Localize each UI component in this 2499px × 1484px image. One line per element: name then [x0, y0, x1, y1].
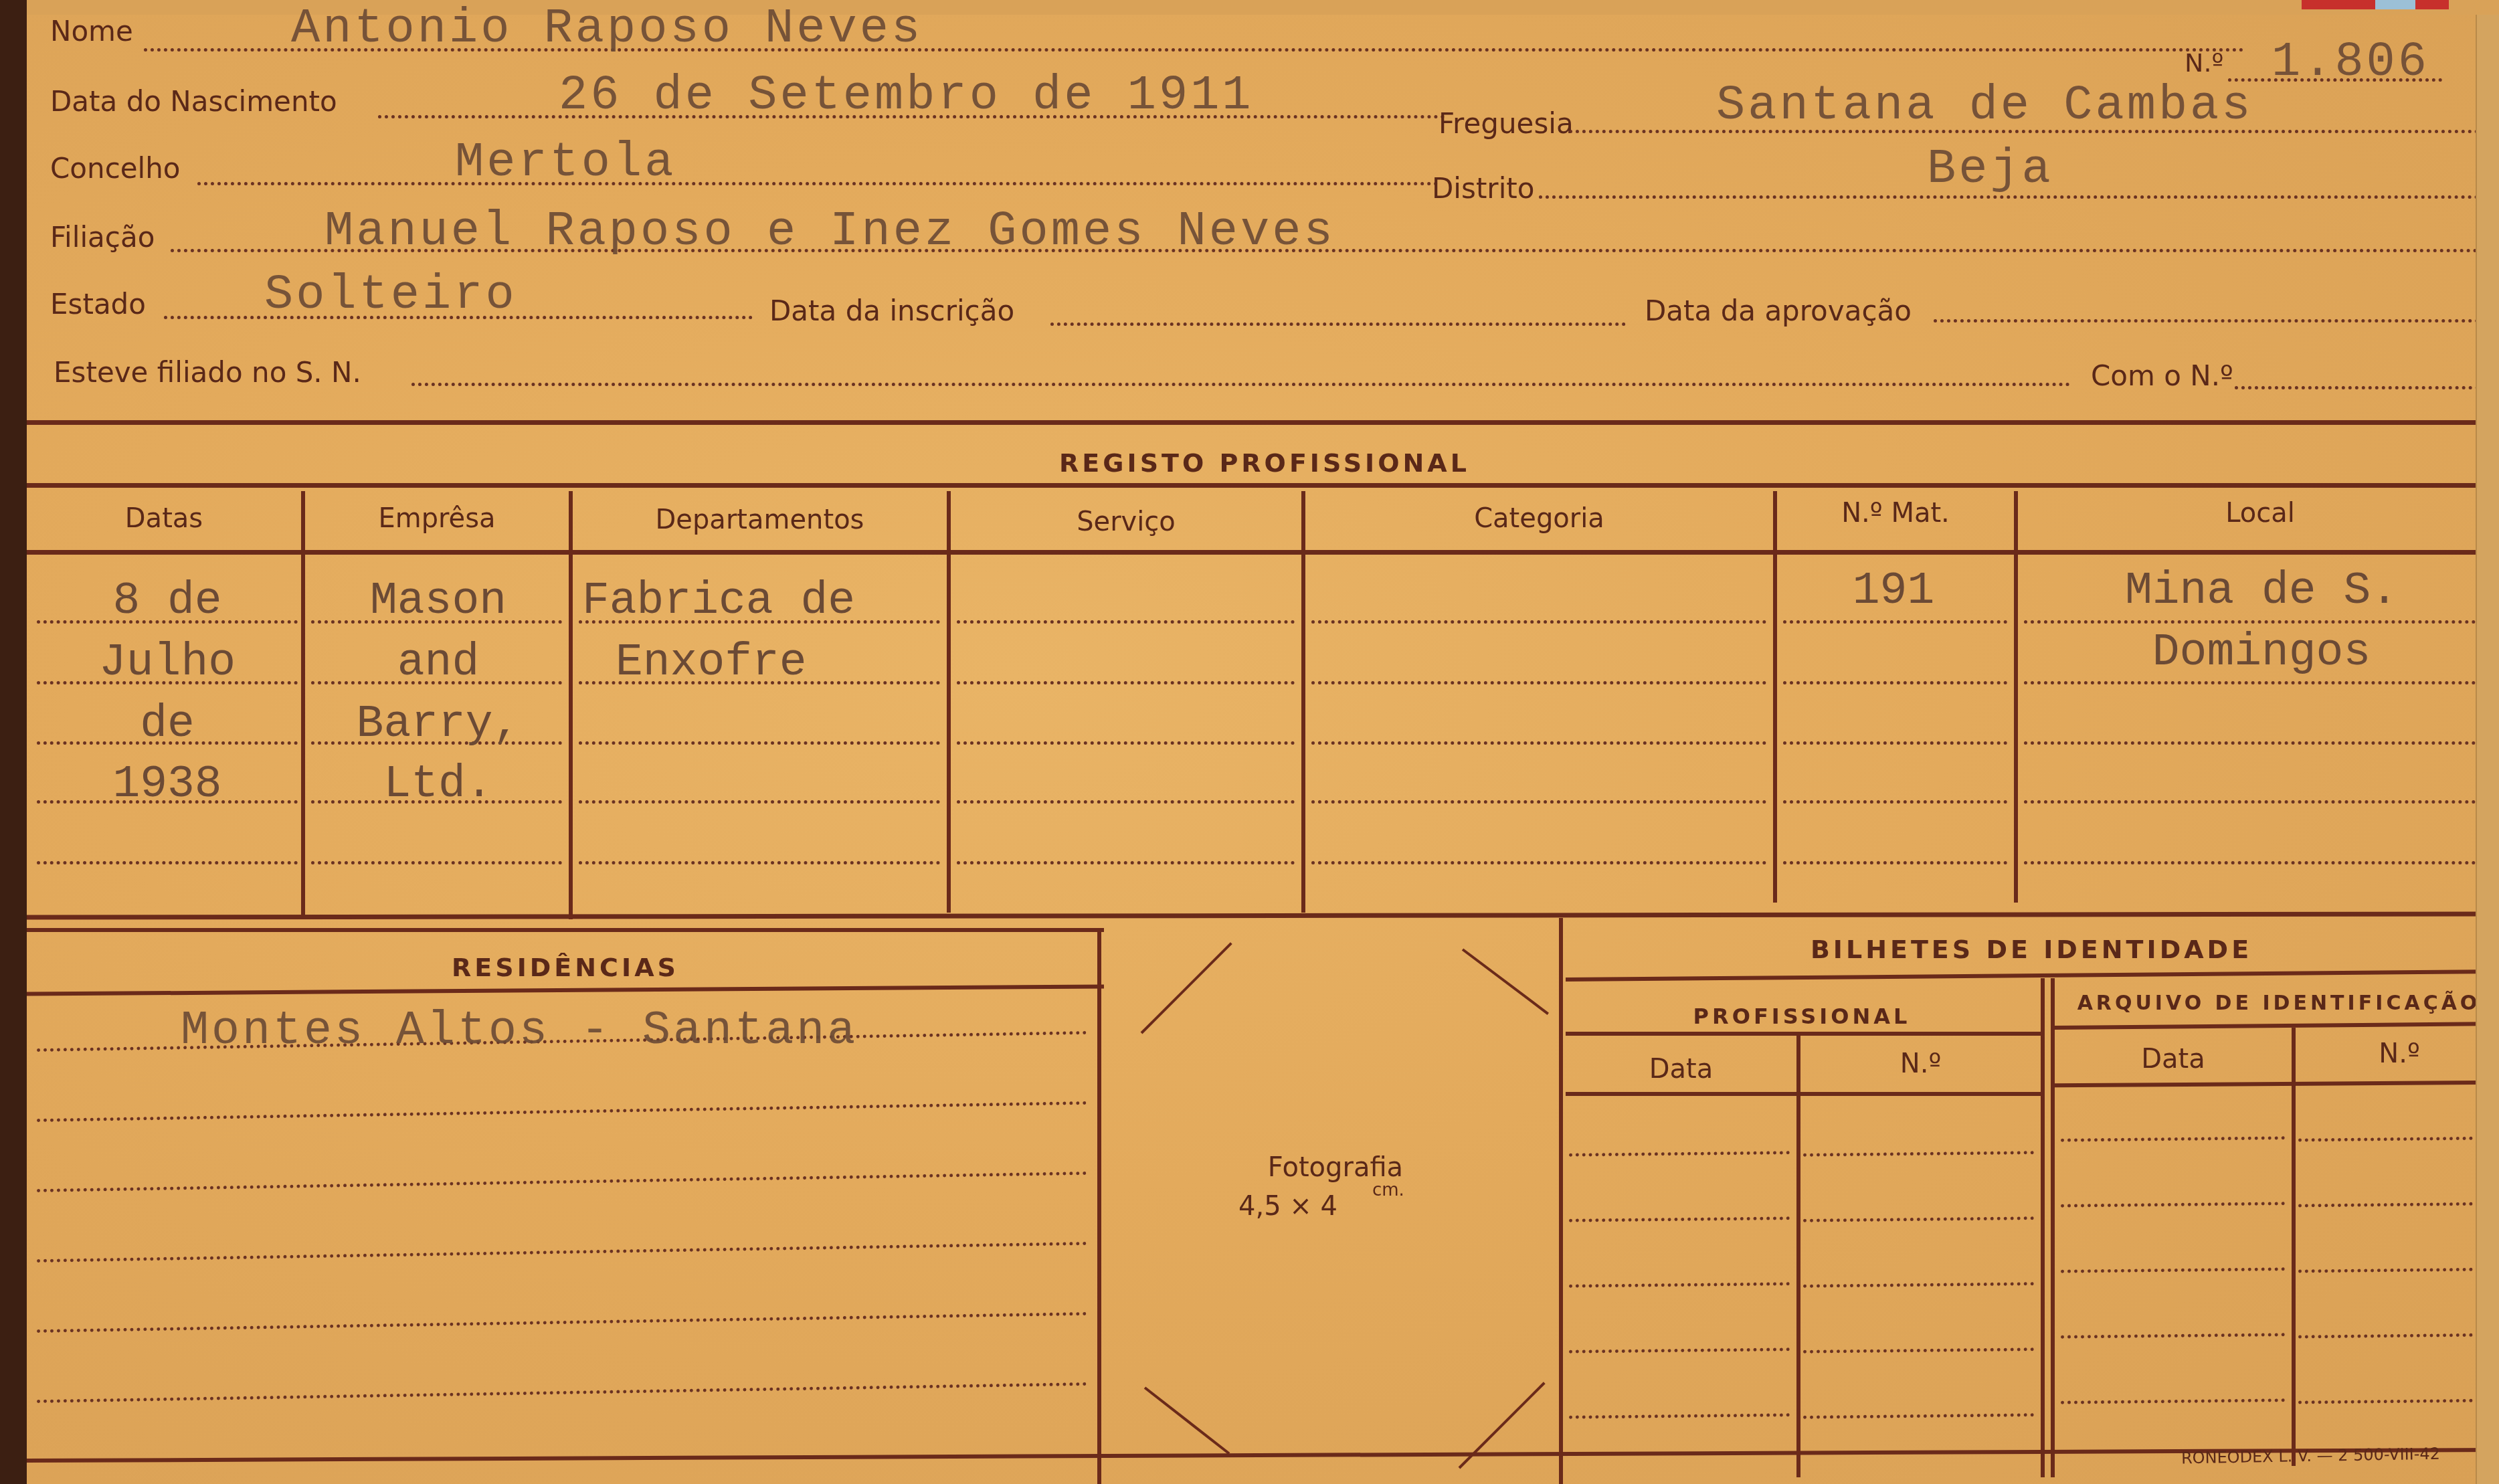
- card-stack-edge: [2476, 15, 2499, 1484]
- photo-corner-tl: [1141, 942, 1232, 1034]
- bilhete-line: [1569, 1348, 1790, 1353]
- col-departamentos: Departamentos: [573, 504, 947, 535]
- bilhete-line: [2061, 1398, 2285, 1404]
- photo-unit: cm.: [1372, 1180, 1404, 1200]
- card-binder-edge: [0, 0, 27, 1484]
- bilhete-line: [1803, 1413, 2034, 1419]
- table-cell[interactable]: 191: [1780, 565, 2007, 617]
- filiacao-label: Filiação: [50, 221, 155, 254]
- table-cell[interactable]: Fabrica de: [582, 575, 943, 627]
- row-line: [2024, 741, 2496, 745]
- numero-value[interactable]: 1.806: [2272, 35, 2429, 90]
- bilhete-line: [1803, 1151, 2034, 1157]
- table-cell[interactable]: Ltd.: [308, 759, 569, 810]
- table-cell[interactable]: and: [308, 637, 569, 688]
- table-cell[interactable]: de: [33, 699, 301, 750]
- table-cell[interactable]: Julho: [33, 637, 301, 688]
- row-line: [2024, 620, 2496, 624]
- residencia-line: [37, 1382, 1087, 1403]
- data-nascimento-label: Data do Nascimento: [50, 85, 337, 118]
- concelho-label: Concelho: [50, 152, 181, 185]
- col-servico: Serviço: [951, 506, 1301, 537]
- bilhete-line: [1569, 1216, 1790, 1222]
- distrito-value[interactable]: Beja: [1927, 142, 2053, 197]
- row-line: [37, 861, 298, 864]
- table-cell[interactable]: Barry,: [308, 699, 569, 750]
- estado-label: Estado: [50, 288, 146, 320]
- bilhete-line: [2298, 1398, 2499, 1404]
- row-line: [1783, 620, 2007, 624]
- row-line: [1783, 800, 2007, 804]
- data-aprovacao-label: Data da aprovação: [1645, 294, 1912, 327]
- nome-value[interactable]: Antonio Raposo Neves: [291, 1, 923, 56]
- row-line: [957, 800, 1295, 804]
- row-line: [579, 861, 940, 864]
- bilhete-line: [1803, 1348, 2034, 1354]
- numero-label: N.º: [2185, 48, 2223, 78]
- photo-box[interactable]: Fotografia 4,5 × 4 cm.: [1101, 931, 1570, 1484]
- row-line: [1311, 620, 1766, 624]
- table-cell[interactable]: 1938: [33, 759, 301, 810]
- profissional-title: PROFISSIONAL: [1563, 1004, 2041, 1029]
- filiado-sn-label: Esteve filiado no S. N.: [54, 356, 361, 389]
- distrito-label: Distrito: [1432, 172, 1534, 205]
- row-line: [1311, 800, 1766, 804]
- bilhete-line: [2298, 1333, 2499, 1338]
- row-line: [957, 741, 1295, 745]
- residencias-title: RESIDÊNCIAS: [27, 953, 1104, 982]
- printer-imprint: RONEODEX L. V. — 2 500-VIII-42: [2181, 1445, 2440, 1468]
- registration-card: Nome Antonio Raposo Neves N.º 1.806 Data…: [27, 15, 2496, 1484]
- data-inscricao-label: Data da inscrição: [769, 294, 1014, 327]
- row-line: [2024, 681, 2496, 684]
- bilhete-line: [2061, 1333, 2285, 1339]
- row-line: [1783, 741, 2007, 745]
- residencia-line: [37, 1312, 1087, 1333]
- photo-corner-tr: [1462, 948, 1549, 1014]
- estado-value[interactable]: Solteiro: [264, 268, 517, 322]
- photo-size: 4,5 × 4: [1238, 1191, 1337, 1222]
- row-line: [957, 620, 1295, 624]
- table-cell[interactable]: Domingos: [2021, 627, 2499, 678]
- bilhetes-title: BILHETES DE IDENTIDADE: [1563, 935, 2499, 964]
- bilhete-line: [2298, 1202, 2499, 1207]
- blue-tab-divider: [2375, 0, 2415, 9]
- bilhete-line: [1803, 1282, 2034, 1288]
- residencia-line: [37, 1242, 1087, 1263]
- row-line: [311, 861, 562, 864]
- row-line: [1783, 681, 2007, 684]
- residencia-line: [37, 1101, 1087, 1122]
- bilhete-line: [2061, 1136, 2285, 1142]
- row-line: [1311, 861, 1766, 864]
- bilhete-line: [2061, 1267, 2285, 1273]
- nome-label: Nome: [50, 15, 133, 48]
- bilhete-line: [1569, 1282, 1790, 1287]
- bilhete-line: [1569, 1413, 1790, 1418]
- row-line: [1311, 741, 1766, 745]
- col-categoria: Categoria: [1305, 503, 1773, 534]
- row-line: [579, 741, 940, 745]
- arquivo-title: ARQUIVO DE IDENTIFICAÇÃO: [2055, 992, 2499, 1015]
- row-line: [957, 861, 1295, 864]
- com-numero-label: Com o N.º: [2091, 359, 2233, 392]
- table-cell[interactable]: Enxofre: [616, 637, 977, 688]
- registo-profissional-title: REGISTO PROFISSIONAL: [27, 448, 2499, 478]
- table-cell[interactable]: Mina de S.: [2021, 565, 2499, 617]
- data-nascimento-value[interactable]: 26 de Setembro de 1911: [559, 68, 1254, 123]
- col-datas: Datas: [27, 503, 301, 534]
- table-cell[interactable]: 8 de: [33, 575, 301, 627]
- prof-col-data: Data: [1566, 1054, 1796, 1085]
- row-line: [2024, 800, 2496, 804]
- freguesia-label: Freguesia: [1439, 107, 1574, 140]
- freguesia-value[interactable]: Santana de Cambas: [1716, 78, 2253, 133]
- photo-corner-bl: [1144, 1386, 1230, 1455]
- concelho-value[interactable]: Mertola: [455, 135, 676, 190]
- filiacao-value[interactable]: Manuel Raposo e Inez Gomes Neves: [325, 204, 1335, 259]
- residencia-line: [37, 1172, 1087, 1192]
- table-cell[interactable]: Mason: [308, 575, 569, 627]
- residencia-entry[interactable]: Montes Altos - Santana: [181, 1005, 858, 1058]
- photo-label: Fotografia: [1101, 1152, 1570, 1183]
- row-line: [2024, 861, 2496, 864]
- row-line: [579, 800, 940, 804]
- row-line: [1783, 861, 2007, 864]
- col-empresa: Emprêsa: [305, 503, 569, 534]
- bilhete-line: [1569, 1151, 1790, 1156]
- col-local: Local: [2018, 498, 2499, 529]
- bilhete-line: [2298, 1267, 2499, 1273]
- bilhete-line: [2298, 1136, 2499, 1141]
- prof-col-numero: N.º: [1800, 1048, 2041, 1079]
- bilhete-line: [1803, 1216, 2034, 1222]
- col-numero-mat: N.º Mat.: [1777, 498, 2014, 529]
- row-line: [1311, 681, 1766, 684]
- bilhete-line: [2061, 1202, 2285, 1208]
- arq-col-data: Data: [2055, 1044, 2292, 1075]
- row-line: [957, 681, 1295, 684]
- arq-col-numero: N.º: [2296, 1038, 2499, 1069]
